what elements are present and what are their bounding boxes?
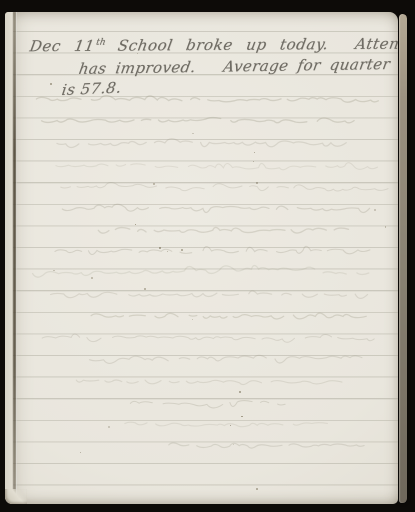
binding-crease-highlight [16,12,17,504]
book-cover-edge [399,14,407,503]
handwritten-entry: Dec 11thSchool broke up today. Attendanc… [5,12,398,13]
entry-date-superscript: th [95,38,106,48]
page-corner-curl [5,489,27,504]
underpage-edge [5,12,13,504]
entry-line-3: is 57.8. [61,78,123,98]
scanned-logbook-photo: Dec 11thSchool broke up today. Attendanc… [0,0,415,512]
entry-line-1-text: School broke up today. Attendance [116,34,398,54]
entry-date: Dec 11 [28,37,96,55]
entry-line-1: Dec 11thSchool broke up today. Attendanc… [28,34,398,55]
ruled-lines [5,31,398,499]
logbook-page: Dec 11thSchool broke up today. Attendanc… [5,12,398,504]
